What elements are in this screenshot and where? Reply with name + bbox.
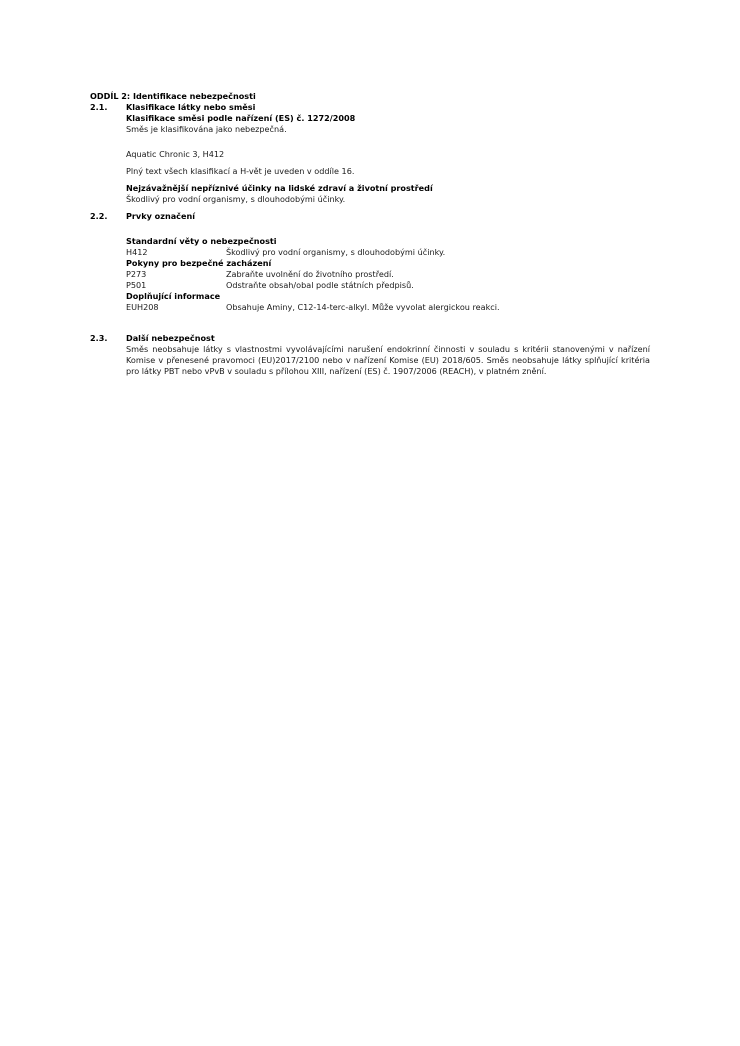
subsection-number: 2.1. bbox=[90, 102, 126, 113]
subsection-2-2-header: 2.2. Prvky označení bbox=[90, 211, 650, 222]
hazard-statements-title: Standardní věty o nebezpečnosti bbox=[126, 236, 650, 247]
precautionary-statement-row: P273 Zabraňte uvolnění do životního pros… bbox=[126, 269, 650, 280]
hazard-statement-row: H412 Škodlivý pro vodní organismy, s dlo… bbox=[126, 247, 650, 258]
full-text-note: Plný text všech klasifikací a H-vět je u… bbox=[126, 166, 650, 177]
precautionary-statements-title: Pokyny pro bezpečné zacházení bbox=[126, 258, 650, 269]
supplemental-info-row: EUH208 Obsahuje Aminy, C12-14-terc-alkyl… bbox=[126, 302, 650, 313]
effects-title: Nejzávažnější nepříznivé účinky na lidsk… bbox=[126, 183, 650, 194]
statement-code: P273 bbox=[126, 269, 226, 280]
effects-text: Škodlivý pro vodní organismy, s dlouhodo… bbox=[126, 194, 650, 205]
statement-code: EUH208 bbox=[126, 302, 226, 313]
subsection-2-1-header: 2.1. Klasifikace látky nebo směsi bbox=[90, 102, 650, 113]
supplemental-info-title: Doplňující informace bbox=[126, 291, 650, 302]
document-page: ODDÍL 2: Identifikace nebezpečnosti 2.1.… bbox=[90, 91, 650, 377]
subsection-title: Další nebezpečnost bbox=[126, 333, 215, 344]
statement-text: Obsahuje Aminy, C12-14-terc-alkyl. Může … bbox=[226, 302, 500, 313]
statement-text: Odstraňte obsah/obal podle státních před… bbox=[226, 280, 414, 291]
classification-note: Směs je klasifikována jako nebezpečná. bbox=[126, 124, 650, 135]
statement-text: Škodlivý pro vodní organismy, s dlouhodo… bbox=[226, 247, 445, 258]
statement-code: P501 bbox=[126, 280, 226, 291]
subsection-title: Klasifikace látky nebo směsi bbox=[126, 102, 255, 113]
section-title: ODDÍL 2: Identifikace nebezpečnosti bbox=[90, 91, 650, 102]
subsection-title: Prvky označení bbox=[126, 211, 195, 222]
classification-value: Aquatic Chronic 3, H412 bbox=[126, 149, 650, 160]
statement-code: H412 bbox=[126, 247, 226, 258]
precautionary-statement-row: P501 Odstraňte obsah/obal podle státních… bbox=[126, 280, 650, 291]
classification-subtitle: Klasifikace směsi podle nařízení (ES) č.… bbox=[126, 113, 650, 124]
other-hazards-text: Směs neobsahuje látky s vlastnostmi vyvo… bbox=[126, 344, 650, 377]
statement-text: Zabraňte uvolnění do životního prostředí… bbox=[226, 269, 394, 280]
subsection-number: 2.2. bbox=[90, 211, 126, 222]
subsection-2-3-header: 2.3. Další nebezpečnost bbox=[90, 333, 650, 344]
subsection-number: 2.3. bbox=[90, 333, 126, 344]
